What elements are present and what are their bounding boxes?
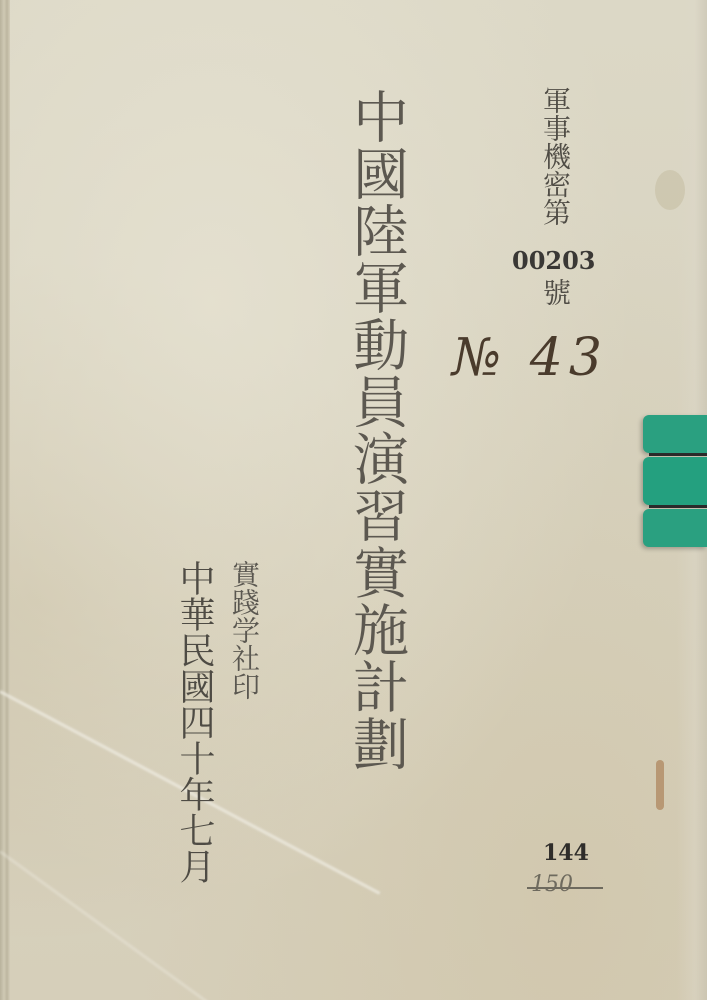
clip-top — [643, 415, 707, 453]
paper-stain — [655, 170, 685, 210]
clip-gap — [649, 453, 707, 456]
publication-date: 中華民國四十年七月 — [178, 560, 211, 884]
handwritten-number: № 43 — [452, 328, 608, 388]
classification-suffix: 號 — [540, 278, 570, 306]
classification-number: 00203 — [512, 246, 596, 275]
binder-clip — [643, 415, 707, 547]
rust-stain — [656, 760, 664, 810]
document-cover: 中國陸軍動員演習實施計劃 軍事機密第 00203 號 № 43 實踐学社印 中華… — [0, 0, 707, 1000]
clip-bottom — [643, 509, 707, 547]
page-number: 144 — [543, 840, 589, 866]
document-title: 中國陸軍動員演習實施計劃 — [348, 88, 404, 772]
clip-middle — [643, 457, 707, 505]
clip-gap — [649, 505, 707, 508]
publisher: 實踐学社印 — [222, 560, 266, 700]
classification-label: 軍事機密第 — [540, 86, 570, 226]
old-page-number: 150 — [531, 872, 573, 897]
